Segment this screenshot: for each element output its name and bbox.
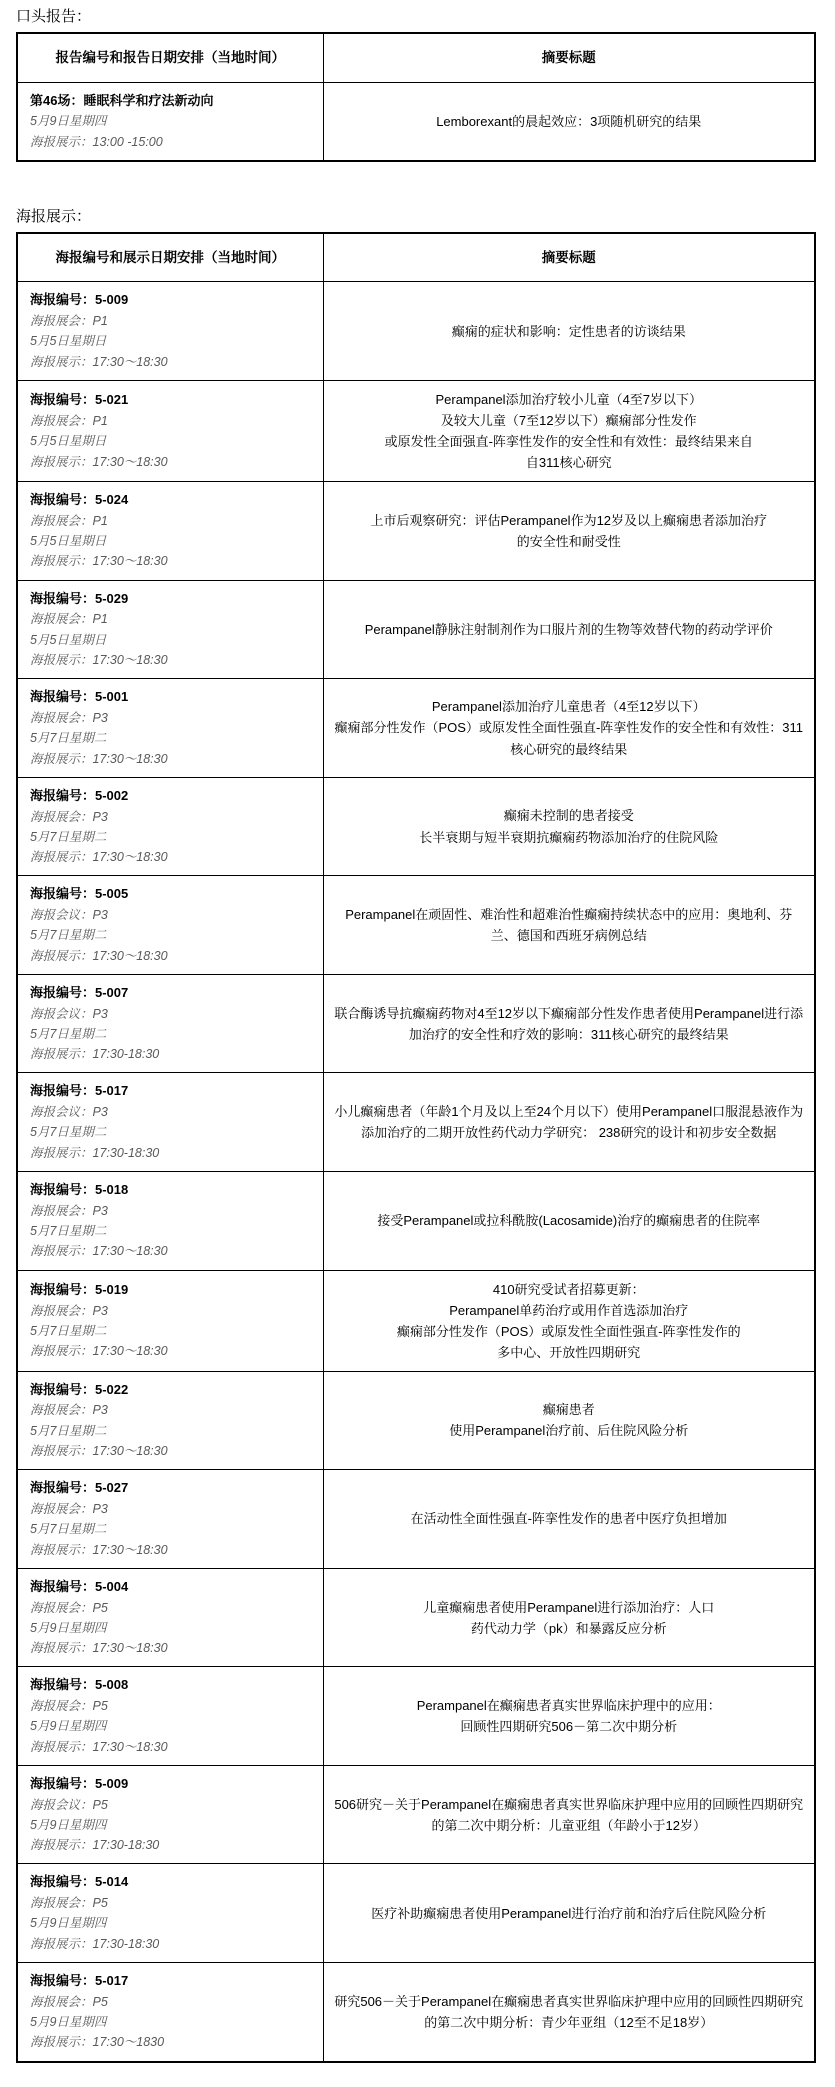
abstract-title-cell: 小儿癫痫患者（年龄1个月及以上至24个月以下）使用Perampanel口服混悬液… — [323, 1073, 815, 1172]
schedule-cell: 海报编号：5-005 海报会议：P3 5月7日星期二 海报展示：17:30～18… — [17, 876, 323, 975]
entry-number: 海报编号：5-008 — [30, 1675, 317, 1696]
table-row: 海报编号：5-017 海报展会：P5 5月9日星期四 海报展示：17:30～18… — [17, 1962, 815, 2061]
abstract-title-cell: 接受Perampanel或拉科酰胺(Lacosamide)治疗的癫痫患者的住院率 — [323, 1171, 815, 1270]
abstract-title-cell: Perampanel添加治疗儿童患者（4至12岁以下） 癫痫部分性发作（POS）… — [323, 679, 815, 778]
entry-schedule-details: 海报会议：P3 5月7日星期二 海报展示：17:30～18:30 — [30, 905, 317, 966]
table-row: 海报编号：5-027 海报展会：P3 5月7日星期二 海报展示：17:30～18… — [17, 1470, 815, 1569]
table-row: 第46场：睡眠科学和疗法新动向 5月9日星期四 海报展示：13:00 -15:0… — [17, 82, 815, 161]
poster-column-header-schedule: 海报编号和展示日期安排（当地时间） — [17, 233, 323, 282]
entry-number: 海报编号：5-022 — [30, 1380, 317, 1401]
entry-number: 海报编号：5-004 — [30, 1577, 317, 1598]
poster-table: 海报编号和展示日期安排（当地时间） 摘要标题 海报编号：5-009 海报展会：P… — [16, 232, 816, 2063]
schedule-cell: 海报编号：5-001 海报展会：P3 5月7日星期二 海报展示：17:30～18… — [17, 679, 323, 778]
oral-column-header-schedule: 报告编号和报告日期安排（当地时间） — [17, 33, 323, 82]
table-row: 海报编号：5-022 海报展会：P3 5月7日星期二 海报展示：17:30～18… — [17, 1371, 815, 1470]
entry-number: 海报编号：5-001 — [30, 687, 317, 708]
oral-section-title: 口头报告： — [16, 6, 820, 27]
schedule-cell: 海报编号：5-017 海报会议：P3 5月7日星期二 海报展示：17:30-18… — [17, 1073, 323, 1172]
schedule-cell: 海报编号：5-007 海报会议：P3 5月7日星期二 海报展示：17:30-18… — [17, 974, 323, 1073]
schedule-cell: 海报编号：5-029 海报展会：P1 5月5日星期日 海报展示：17:30～18… — [17, 580, 323, 679]
abstract-title-cell: 癫痫的症状和影响：定性患者的访谈结果 — [323, 282, 815, 381]
abstract-title-cell: 儿童癫痫患者使用Perampanel进行添加治疗：人口 药代动力学（pk）和暴露… — [323, 1568, 815, 1667]
table-row: 海报编号：5-024 海报展会：P1 5月5日星期日 海报展示：17:30～18… — [17, 482, 815, 581]
abstract-title-cell: Perampanel在癫痫患者真实世界临床护理中的应用： 回顾性四期研究506－… — [323, 1667, 815, 1766]
abstract-title-cell: 410研究受试者招募更新： Perampanel单药治疗或用作首选添加治疗 癫痫… — [323, 1270, 815, 1371]
entry-schedule-details: 海报会议：P5 5月9日星期四 海报展示：17:30-18:30 — [30, 1795, 317, 1856]
entry-schedule-details: 海报展会：P3 5月7日星期二 海报展示：17:30～18:30 — [30, 1301, 317, 1362]
table-row: 海报编号：5-029 海报展会：P1 5月5日星期日 海报展示：17:30～18… — [17, 580, 815, 679]
schedule-cell: 海报编号：5-014 海报展会：P5 5月9日星期四 海报展示：17:30-18… — [17, 1864, 323, 1963]
schedule-cell: 海报编号：5-008 海报展会：P5 5月9日星期四 海报展示：17:30～18… — [17, 1667, 323, 1766]
entry-number: 海报编号：5-007 — [30, 983, 317, 1004]
schedule-cell: 海报编号：5-009 海报展会：P1 5月5日星期日 海报展示：17:30～18… — [17, 282, 323, 381]
schedule-cell: 海报编号：5-009 海报会议：P5 5月9日星期四 海报展示：17:30-18… — [17, 1765, 323, 1864]
schedule-cell: 海报编号：5-022 海报展会：P3 5月7日星期二 海报展示：17:30～18… — [17, 1371, 323, 1470]
table-row: 海报编号：5-019 海报展会：P3 5月7日星期二 海报展示：17:30～18… — [17, 1270, 815, 1371]
table-row: 海报编号：5-002 海报展会：P3 5月7日星期二 海报展示：17:30～18… — [17, 777, 815, 876]
entry-number: 海报编号：5-024 — [30, 490, 317, 511]
entry-number: 海报编号：5-009 — [30, 290, 317, 311]
entry-schedule-details: 海报展会：P3 5月7日星期二 海报展示：17:30～18:30 — [30, 807, 317, 868]
table-row: 海报编号：5-008 海报展会：P5 5月9日星期四 海报展示：17:30～18… — [17, 1667, 815, 1766]
poster-header-row: 海报编号和展示日期安排（当地时间） 摘要标题 — [17, 233, 815, 282]
table-row: 海报编号：5-007 海报会议：P3 5月7日星期二 海报展示：17:30-18… — [17, 974, 815, 1073]
entry-schedule-details: 海报会议：P3 5月7日星期二 海报展示：17:30-18:30 — [30, 1004, 317, 1065]
oral-report-table: 报告编号和报告日期安排（当地时间） 摘要标题 第46场：睡眠科学和疗法新动向 5… — [16, 32, 816, 162]
entry-schedule-details: 海报展会：P1 5月5日星期日 海报展示：17:30～18:30 — [30, 609, 317, 670]
table-row: 海报编号：5-004 海报展会：P5 5月9日星期四 海报展示：17:30～18… — [17, 1568, 815, 1667]
table-row: 海报编号：5-009 海报会议：P5 5月9日星期四 海报展示：17:30-18… — [17, 1765, 815, 1864]
table-row: 海报编号：5-009 海报展会：P1 5月5日星期日 海报展示：17:30～18… — [17, 282, 815, 381]
abstract-title-cell: 研究506－关于Perampanel在癫痫患者真实世界临床护理中应用的回顾性四期… — [323, 1962, 815, 2061]
entry-schedule-details: 5月9日星期四 海报展示：13:00 -15:00 — [30, 111, 317, 152]
oral-column-header-abstract: 摘要标题 — [323, 33, 815, 82]
schedule-cell: 海报编号：5-018 海报展会：P3 5月7日星期二 海报展示：17:30～18… — [17, 1171, 323, 1270]
oral-header-row: 报告编号和报告日期安排（当地时间） 摘要标题 — [17, 33, 815, 82]
entry-schedule-details: 海报展会：P3 5月7日星期二 海报展示：17:30～18:30 — [30, 708, 317, 769]
table-row: 海报编号：5-014 海报展会：P5 5月9日星期四 海报展示：17:30-18… — [17, 1864, 815, 1963]
entry-number: 海报编号：5-009 — [30, 1774, 317, 1795]
schedule-cell: 海报编号：5-027 海报展会：P3 5月7日星期二 海报展示：17:30～18… — [17, 1470, 323, 1569]
abstract-title-cell: 癫痫未控制的患者接受 长半衰期与短半衰期抗癫痫药物添加治疗的住院风险 — [323, 777, 815, 876]
entry-number: 第46场：睡眠科学和疗法新动向 — [30, 91, 317, 112]
abstract-title-cell: Lemborexant的晨起效应：3项随机研究的结果 — [323, 82, 815, 161]
entry-number: 海报编号：5-002 — [30, 786, 317, 807]
schedule-page: 口头报告： 报告编号和报告日期安排（当地时间） 摘要标题 第46场：睡眠科学和疗… — [0, 0, 835, 2087]
entry-number: 海报编号：5-027 — [30, 1478, 317, 1499]
poster-column-header-abstract: 摘要标题 — [323, 233, 815, 282]
entry-schedule-details: 海报展会：P5 5月9日星期四 海报展示：17:30-18:30 — [30, 1893, 317, 1954]
schedule-cell: 第46场：睡眠科学和疗法新动向 5月9日星期四 海报展示：13:00 -15:0… — [17, 82, 323, 161]
schedule-cell: 海报编号：5-024 海报展会：P1 5月5日星期日 海报展示：17:30～18… — [17, 482, 323, 581]
entry-number: 海报编号：5-029 — [30, 589, 317, 610]
entry-schedule-details: 海报展会：P1 5月5日星期日 海报展示：17:30～18:30 — [30, 511, 317, 572]
entry-number: 海报编号：5-005 — [30, 884, 317, 905]
entry-schedule-details: 海报展会：P3 5月7日星期二 海报展示：17:30～18:30 — [30, 1400, 317, 1461]
table-row: 海报编号：5-017 海报会议：P3 5月7日星期二 海报展示：17:30-18… — [17, 1073, 815, 1172]
entry-schedule-details: 海报展会：P5 5月9日星期四 海报展示：17:30～18:30 — [30, 1598, 317, 1659]
entry-schedule-details: 海报展会：P3 5月7日星期二 海报展示：17:30～18:30 — [30, 1499, 317, 1560]
abstract-title-cell: Perampanel在顽固性、难治性和超难治性癫痫持续状态中的应用：奥地利、芬兰… — [323, 876, 815, 975]
entry-number: 海报编号：5-021 — [30, 390, 317, 411]
abstract-title-cell: Perampanel添加治疗较小儿童（4至7岁以下） 及较大儿童（7至12岁以下… — [323, 380, 815, 481]
table-row: 海报编号：5-005 海报会议：P3 5月7日星期二 海报展示：17:30～18… — [17, 876, 815, 975]
entry-schedule-details: 海报展会：P5 5月9日星期四 海报展示：17:30～1830 — [30, 1992, 317, 2053]
oral-table-body: 第46场：睡眠科学和疗法新动向 5月9日星期四 海报展示：13:00 -15:0… — [17, 82, 815, 161]
table-row: 海报编号：5-018 海报展会：P3 5月7日星期二 海报展示：17:30～18… — [17, 1171, 815, 1270]
table-row: 海报编号：5-021 海报展会：P1 5月5日星期日 海报展示：17:30～18… — [17, 380, 815, 481]
abstract-title-cell: 上市后观察研究：评估Perampanel作为12岁及以上癫痫患者添加治疗 的安全… — [323, 482, 815, 581]
entry-number: 海报编号：5-018 — [30, 1180, 317, 1201]
schedule-cell: 海报编号：5-019 海报展会：P3 5月7日星期二 海报展示：17:30～18… — [17, 1270, 323, 1371]
schedule-cell: 海报编号：5-002 海报展会：P3 5月7日星期二 海报展示：17:30～18… — [17, 777, 323, 876]
abstract-title-cell: 506研究－关于Perampanel在癫痫患者真实世界临床护理中应用的回顾性四期… — [323, 1765, 815, 1864]
entry-schedule-details: 海报会议：P3 5月7日星期二 海报展示：17:30-18:30 — [30, 1102, 317, 1163]
entry-schedule-details: 海报展会：P3 5月7日星期二 海报展示：17:30～18:30 — [30, 1201, 317, 1262]
entry-number: 海报编号：5-017 — [30, 1971, 317, 1992]
poster-section-title: 海报展示： — [16, 206, 820, 227]
entry-number: 海报编号：5-014 — [30, 1872, 317, 1893]
abstract-title-cell: 癫痫患者 使用Perampanel治疗前、后住院风险分析 — [323, 1371, 815, 1470]
entry-schedule-details: 海报展会：P1 5月5日星期日 海报展示：17:30～18:30 — [30, 411, 317, 472]
schedule-cell: 海报编号：5-017 海报展会：P5 5月9日星期四 海报展示：17:30～18… — [17, 1962, 323, 2061]
schedule-cell: 海报编号：5-021 海报展会：P1 5月5日星期日 海报展示：17:30～18… — [17, 380, 323, 481]
abstract-title-cell: 医疗补助癫痫患者使用Perampanel进行治疗前和治疗后住院风险分析 — [323, 1864, 815, 1963]
poster-table-body: 海报编号：5-009 海报展会：P1 5月5日星期日 海报展示：17:30～18… — [17, 282, 815, 2062]
entry-schedule-details: 海报展会：P5 5月9日星期四 海报展示：17:30～18:30 — [30, 1696, 317, 1757]
abstract-title-cell: Perampanel静脉注射制剂作为口服片剂的生物等效替代物的药动学评价 — [323, 580, 815, 679]
schedule-cell: 海报编号：5-004 海报展会：P5 5月9日星期四 海报展示：17:30～18… — [17, 1568, 323, 1667]
entry-number: 海报编号：5-017 — [30, 1081, 317, 1102]
abstract-title-cell: 在活动性全面性强直-阵挛性发作的患者中医疗负担增加 — [323, 1470, 815, 1569]
abstract-title-cell: 联合酶诱导抗癫痫药物对4至12岁以下癫痫部分性发作患者使用Perampanel进… — [323, 974, 815, 1073]
entry-number: 海报编号：5-019 — [30, 1280, 317, 1301]
entry-schedule-details: 海报展会：P1 5月5日星期日 海报展示：17:30～18:30 — [30, 311, 317, 372]
table-row: 海报编号：5-001 海报展会：P3 5月7日星期二 海报展示：17:30～18… — [17, 679, 815, 778]
